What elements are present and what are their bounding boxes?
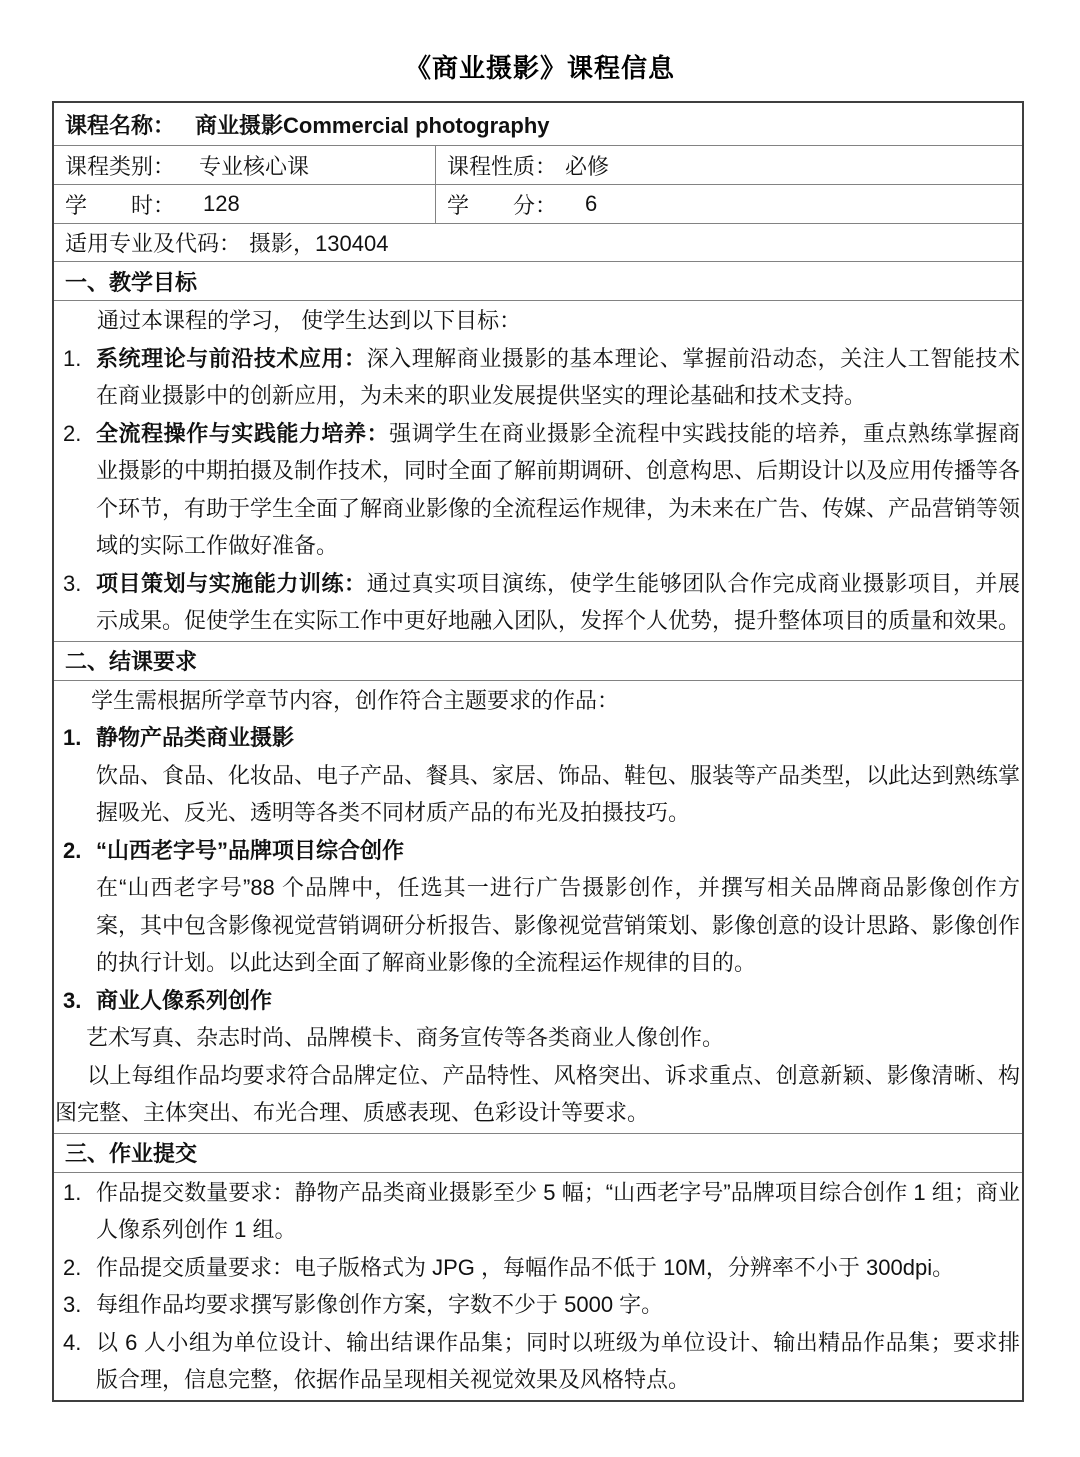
item-title: 静物产品类商业摄影	[96, 719, 1020, 757]
list-item: 3. 项目策划与实施能力训练：通过真实项目演练，使学生能够团队合作完成商业摄影项…	[54, 565, 1020, 640]
page-title: 《商业摄影》课程信息	[0, 50, 1080, 86]
item-number: 2.	[63, 1249, 96, 1287]
section2-content: 学生需根据所学章节内容，创作符合主题要求的作品： 1. 静物产品类商业摄影 饮品…	[54, 681, 1022, 1134]
list-item: 1. 作品提交数量要求：静物产品类商业摄影至少 5 幅；“山西老字号”品牌项目综…	[54, 1174, 1020, 1249]
list-item: 2. “山西老字号”品牌项目综合创作	[54, 832, 1020, 870]
document-page: 《商业摄影》课程信息 课程名称： 商业摄影Commercial photogra…	[0, 0, 1080, 1457]
section1-intro: 通过本课程的学习， 使学生达到以下目标：	[54, 302, 1020, 340]
majors-row: 适用专业及代码： 摄影，130404	[54, 224, 1022, 262]
section3-heading: 三、作业提交	[54, 1134, 1022, 1173]
category-cell: 课程类别： 专业核心课	[54, 146, 436, 184]
item-number: 2.	[63, 832, 96, 870]
nature-label: 课程性质：	[447, 150, 557, 181]
item-text: 以 6 人小组为单位设计、输出结课作品集；同时以班级为单位设计、输出精品作品集；…	[96, 1324, 1020, 1399]
item-title: “山西老字号”品牌项目综合创作	[96, 832, 1020, 870]
credits-value: 6	[585, 191, 597, 217]
hours-cell: 学 时： 128	[54, 185, 436, 223]
majors-label: 适用专业及代码：	[65, 227, 241, 258]
item-text: 系统理论与前沿技术应用：深入理解商业摄影的基本理论、掌握前沿动态，关注人工智能技…	[96, 340, 1020, 415]
list-item: 4. 以 6 人小组为单位设计、输出结课作品集；同时以班级为单位设计、输出精品作…	[54, 1324, 1020, 1399]
section3-content: 1. 作品提交数量要求：静物产品类商业摄影至少 5 幅；“山西老字号”品牌项目综…	[54, 1173, 1022, 1400]
item-title: 商业人像系列创作	[96, 982, 1020, 1020]
item-lead: 全流程操作与实践能力培养：	[96, 421, 389, 446]
item-number: 1.	[63, 719, 96, 757]
item-body-paragraph: 艺术写真、杂志时尚、品牌模卡、商务宣传等各类商业人像创作。	[86, 1019, 1020, 1057]
nature-value: 必修	[565, 150, 609, 181]
item-text: 每组作品均要求撰写影像创作方案，字数不少于 5000 字。	[96, 1286, 1020, 1324]
hours-credits-row: 学 时： 128 学 分： 6	[54, 185, 1022, 224]
credits-cell: 学 分： 6	[436, 185, 1022, 223]
item-number: 1.	[63, 1174, 96, 1249]
list-item: 1. 系统理论与前沿技术应用：深入理解商业摄影的基本理论、掌握前沿动态，关注人工…	[54, 340, 1020, 415]
course-name-value: 商业摄影Commercial photography	[195, 109, 549, 140]
section1-content: 通过本课程的学习， 使学生达到以下目标： 1. 系统理论与前沿技术应用：深入理解…	[54, 301, 1022, 642]
item-body-paragraph: 饮品、食品、化妆品、电子产品、餐具、家居、饰品、鞋包、服装等产品类型，以此达到熟…	[96, 757, 1020, 832]
course-name-row: 课程名称： 商业摄影Commercial photography	[54, 103, 1022, 146]
item-body-paragraph: 在“山西老字号”88 个品牌中，任选其一进行广告摄影创作，并撰写相关品牌商品影像…	[96, 869, 1020, 982]
list-item: 2. 全流程操作与实践能力培养：强调学生在商业摄影全流程中实践技能的培养，重点熟…	[54, 415, 1020, 565]
list-item: 2. 作品提交质量要求：电子版格式为 JPG ，每幅作品不低于 10M，分辨率不…	[54, 1249, 1020, 1287]
course-name-label: 课程名称：	[65, 109, 175, 140]
item-number: 3.	[63, 982, 96, 1020]
item-number: 4.	[63, 1324, 96, 1399]
category-nature-row: 课程类别： 专业核心课 课程性质： 必修	[54, 146, 1022, 185]
item-text: 作品提交数量要求：静物产品类商业摄影至少 5 幅；“山西老字号”品牌项目综合创作…	[96, 1174, 1020, 1249]
item-text: 项目策划与实施能力训练：通过真实项目演练，使学生能够团队合作完成商业摄影项目，并…	[96, 565, 1020, 640]
category-label: 课程类别：	[65, 150, 175, 181]
section1-heading: 一、教学目标	[54, 262, 1022, 301]
item-lead: 项目策划与实施能力训练：	[96, 571, 367, 596]
credits-label: 学 分：	[447, 189, 557, 220]
list-item: 3. 商业人像系列创作	[54, 982, 1020, 1020]
list-item: 1. 静物产品类商业摄影	[54, 719, 1020, 757]
section2-intro: 学生需根据所学章节内容，创作符合主题要求的作品：	[54, 682, 1020, 720]
hours-label: 学 时：	[65, 189, 175, 220]
item-number: 3.	[63, 1286, 96, 1324]
item-lead: 系统理论与前沿技术应用：	[96, 346, 367, 371]
category-value: 专业核心课	[199, 150, 309, 181]
nature-cell: 课程性质： 必修	[436, 146, 1022, 184]
item-text: 全流程操作与实践能力培养：强调学生在商业摄影全流程中实践技能的培养，重点熟练掌握…	[96, 415, 1020, 565]
hours-value: 128	[203, 191, 240, 217]
course-info-table: 课程名称： 商业摄影Commercial photography 课程类别： 专…	[52, 101, 1024, 1402]
item-number: 3.	[63, 565, 96, 640]
item-number: 2.	[63, 415, 96, 565]
section2-heading: 二、结课要求	[54, 642, 1022, 681]
majors-value: 摄影，130404	[249, 227, 388, 258]
list-item: 3. 每组作品均要求撰写影像创作方案，字数不少于 5000 字。	[54, 1286, 1020, 1324]
section2-outro: 以上每组作品均要求符合品牌定位、产品特性、风格突出、诉求重点、创意新颖、影像清晰…	[55, 1057, 1020, 1132]
item-text: 作品提交质量要求：电子版格式为 JPG ，每幅作品不低于 10M，分辨率不小于 …	[96, 1249, 1020, 1287]
item-number: 1.	[63, 340, 96, 415]
